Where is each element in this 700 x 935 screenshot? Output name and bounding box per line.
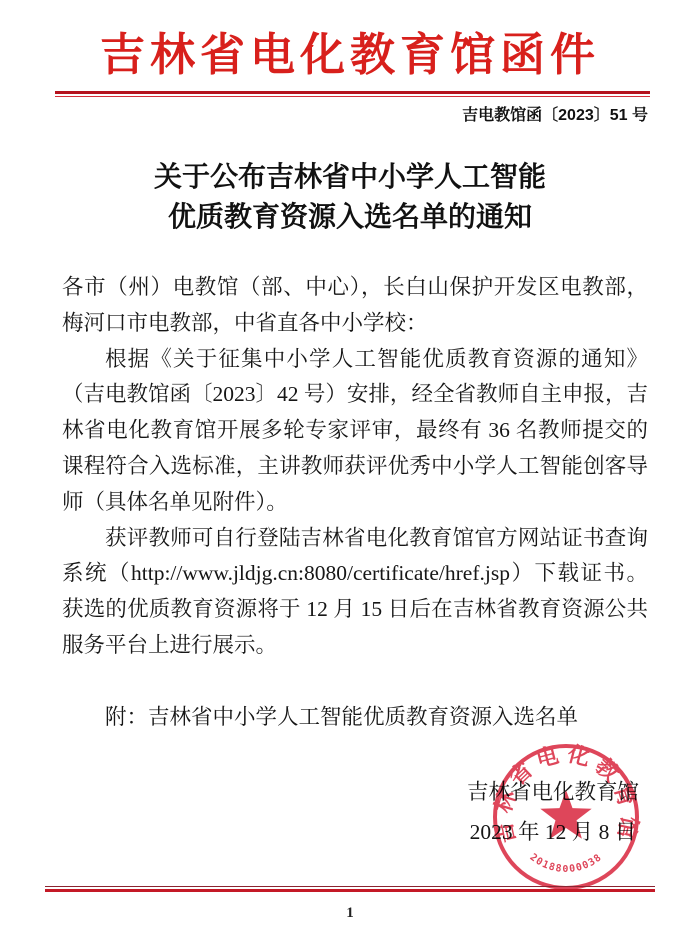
footer-thin-line [45, 886, 655, 887]
document-reference-number: 吉电教馆函〔2023〕51 号 [462, 102, 648, 125]
paragraph-2: 获评教师可自行登陆吉林省电化教育馆官方网站证书查询系统（http://www.j… [62, 521, 648, 664]
signer-name: 吉林省电化教育馆 [460, 772, 646, 812]
signature-date: 2023 年 12 月 8 日 [460, 812, 646, 852]
page-number: 1 [0, 905, 700, 922]
salutation: 各市（州）电教馆（部、中心），长白山保护开发区电教部，梅河口市电教部，中省直各中… [62, 270, 648, 342]
signature-block: 吉林省电化教育馆 2023 年 12 月 8 日 [460, 772, 646, 852]
document-body: 各市（州）电教馆（部、中心），长白山保护开发区电教部，梅河口市电教部，中省直各中… [62, 270, 648, 735]
attachment-note: 附：吉林省中小学人工智能优质教育资源入选名单 [62, 700, 648, 736]
title-line-1: 关于公布吉林省中小学人工智能 [0, 158, 700, 198]
header-separator-line [55, 91, 650, 97]
title-line-2: 优质教育资源入选名单的通知 [0, 198, 700, 238]
paragraph-1: 根据《关于征集中小学人工智能优质教育资源的通知》（吉电教馆函〔2023〕42 号… [62, 342, 648, 521]
separator-thick-line [55, 91, 650, 94]
document-page: 吉林省电化教育馆函件 吉电教馆函〔2023〕51 号 关于公布吉林省中小学人工智… [0, 0, 700, 935]
document-title: 关于公布吉林省中小学人工智能 优质教育资源入选名单的通知 [0, 158, 700, 238]
footer-thick-line [45, 889, 655, 892]
letterhead-title: 吉林省电化教育馆函件 [0, 18, 700, 83]
footer-separator-line [45, 886, 655, 892]
separator-thin-line [55, 96, 650, 97]
